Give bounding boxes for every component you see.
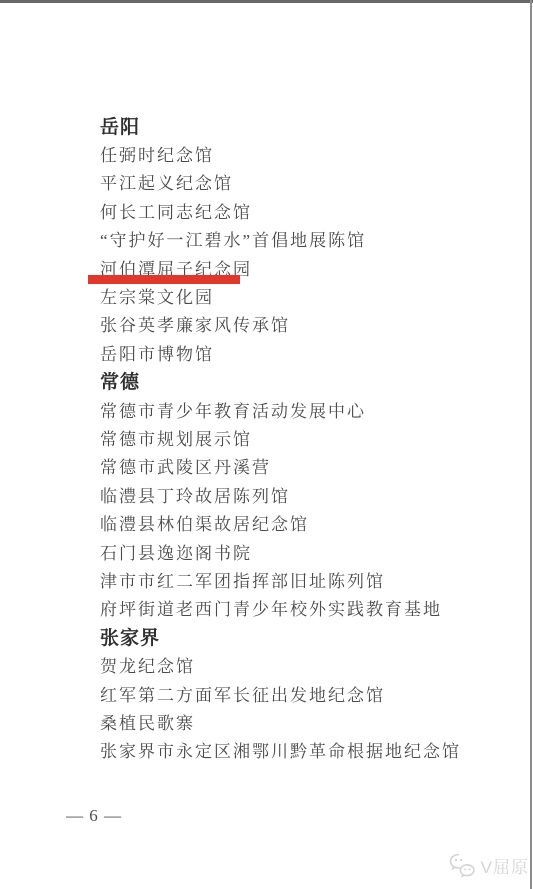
list-item: 常德市武陵区丹溪营 — [100, 452, 493, 480]
venue-name: 红军第二方面军长征出发地纪念馆 — [100, 681, 385, 706]
list-item: 岳阳市博物馆 — [100, 338, 493, 366]
venue-name: 任弼时纪念馆 — [100, 141, 214, 166]
venue-list: 岳阳任弼时纪念馆平江起义纪念馆何长工同志纪念馆“守护好一江碧水”首倡地展陈馆河伯… — [100, 111, 493, 764]
list-item: 常德市青少年教育活动发展中心 — [100, 395, 493, 423]
list-item: 平江起义纪念馆 — [100, 168, 493, 196]
list-item: 贺龙纪念馆 — [100, 650, 493, 678]
list-item: 府坪街道老西门青少年校外实践教育基地 — [100, 594, 493, 622]
document-page: 岳阳任弼时纪念馆平江起义纪念馆何长工同志纪念馆“守护好一江碧水”首倡地展陈馆河伯… — [0, 0, 533, 889]
venue-name: 桑植民歌寨 — [100, 709, 195, 734]
list-item: 左宗棠文化园 — [100, 281, 493, 309]
list-item: 临澧县林伯渠故居纪念馆 — [100, 508, 493, 536]
list-item: 张家界市永定区湘鄂川黔革命根据地纪念馆 — [100, 736, 493, 764]
list-item: 任弼时纪念馆 — [100, 139, 493, 167]
section-header: 岳阳 — [100, 112, 140, 139]
venue-name: 张家界市永定区湘鄂川黔革命根据地纪念馆 — [100, 737, 461, 762]
section-header-row: 张家界 — [100, 622, 493, 650]
venue-name: 临澧县林伯渠故居纪念馆 — [100, 510, 309, 535]
venue-name: 津市市红二军团指挥部旧址陈列馆 — [100, 567, 385, 592]
list-item: 临澧县丁玲故居陈列馆 — [100, 480, 493, 508]
venue-name: 常德市青少年教育活动发展中心 — [100, 397, 366, 422]
watermark-label: V屈原 — [481, 853, 529, 878]
venue-name: 府坪街道老西门青少年校外实践教育基地 — [100, 595, 442, 620]
section-header-row: 岳阳 — [100, 111, 493, 139]
venue-name: 张谷英孝廉家风传承馆 — [100, 311, 290, 336]
section-header: 张家界 — [100, 623, 160, 650]
right-border — [530, 0, 532, 889]
venue-name: 常德市规划展示馆 — [100, 425, 252, 450]
list-item: “守护好一江碧水”首倡地展陈馆 — [100, 225, 493, 253]
venue-name: 何长工同志纪念馆 — [100, 198, 252, 223]
city-section: 张家界贺龙纪念馆红军第二方面军长征出发地纪念馆桑植民歌寨张家界市永定区湘鄂川黔革… — [100, 622, 493, 764]
city-section: 岳阳任弼时纪念馆平江起义纪念馆何长工同志纪念馆“守护好一江碧水”首倡地展陈馆河伯… — [100, 111, 493, 367]
list-item: 常德市规划展示馆 — [100, 423, 493, 451]
list-item: 津市市红二军团指挥部旧址陈列馆 — [100, 565, 493, 593]
section-header-row: 常德 — [100, 367, 493, 395]
list-item: 桑植民歌寨 — [100, 707, 493, 735]
wechat-icon — [448, 852, 478, 878]
list-item: 石门县逸迩阁书院 — [100, 537, 493, 565]
venue-name: 左宗棠文化园 — [100, 283, 214, 308]
list-item: 红军第二方面军长征出发地纪念馆 — [100, 679, 493, 707]
venue-name: 常德市武陵区丹溪营 — [100, 453, 271, 478]
city-section: 常德常德市青少年教育活动发展中心常德市规划展示馆常德市武陵区丹溪营临澧县丁玲故居… — [100, 367, 493, 623]
page-number: — 6 — — [66, 806, 122, 826]
venue-name: 平江起义纪念馆 — [100, 169, 233, 194]
list-item: 张谷英孝廉家风传承馆 — [100, 310, 493, 338]
venue-name: 贺龙纪念馆 — [100, 652, 195, 677]
section-header: 常德 — [100, 367, 140, 394]
watermark: V屈原 — [448, 852, 529, 878]
venue-name: “守护好一江碧水”首倡地展陈馆 — [100, 226, 366, 251]
list-item: 河伯潭屈子纪念园 — [100, 253, 493, 281]
venue-name: 岳阳市博物馆 — [100, 340, 214, 365]
venue-name: 石门县逸迩阁书院 — [100, 539, 252, 564]
venue-name: 临澧县丁玲故居陈列馆 — [100, 482, 290, 507]
top-border — [0, 0, 533, 3]
list-item: 何长工同志纪念馆 — [100, 196, 493, 224]
